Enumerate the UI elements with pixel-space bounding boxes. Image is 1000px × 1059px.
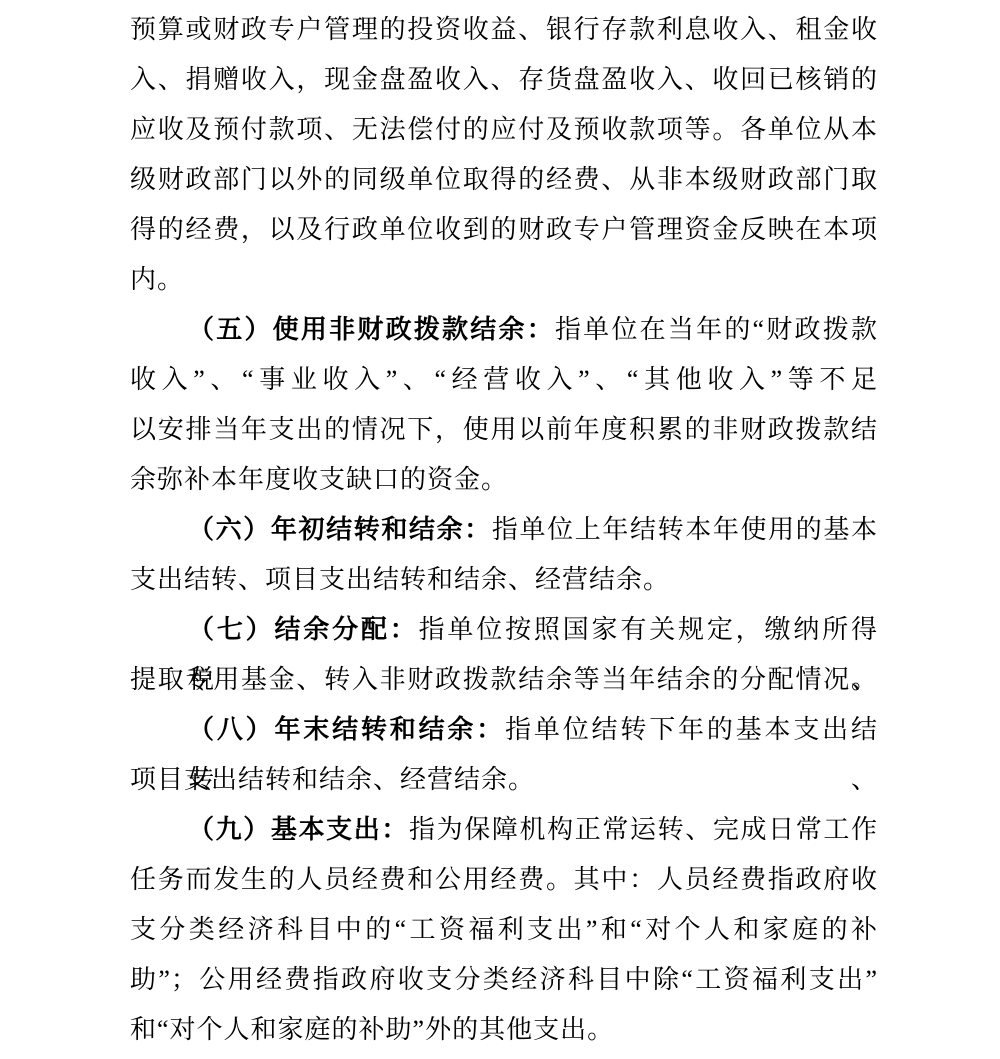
body-text: 应收及预付款项、无法偿付的应付及预收款项等。各单位从本 bbox=[130, 115, 878, 144]
text-line: 入、捐赠收入，现金盘盈收入、存货盘盈收入、收回已核销的 bbox=[130, 55, 878, 105]
text-line: 支分类经济科目中的“工资福利支出”和“对个人和家庭的补 bbox=[130, 905, 878, 955]
paragraph-first-line: （九）基本支出：指为保障机构正常运转、完成日常工作 bbox=[130, 805, 878, 855]
body-text: 以安排当年支出的情况下，使用以前年度积累的非财政拨款结 bbox=[130, 415, 878, 444]
section-heading: （五）使用非财政拨款结余： bbox=[188, 315, 555, 344]
body-text: 得的经费，以及行政单位收到的财政专户管理资金反映在本项 bbox=[130, 215, 878, 244]
body-text: 入、捐赠收入，现金盘盈收入、存货盘盈收入、收回已核销的 bbox=[130, 65, 878, 94]
body-text: 任务而发生的人员经费和公用经费。其中：人员经费指政府收 bbox=[130, 865, 878, 894]
body-text: 指单位在当年的“财政拨款 bbox=[555, 315, 878, 344]
body-text: 助”；公用经费指政府收支分类经济科目中除“工资福利支出” bbox=[130, 965, 878, 994]
body-text: 指为保障机构正常运转、完成日常工作 bbox=[409, 815, 878, 844]
body-text: 余弥补本年度收支缺口的资金。 bbox=[130, 465, 508, 494]
section-heading: （八）年末结转和结余： bbox=[188, 715, 505, 744]
page-background: { "page": { "background_color": "#ffffff… bbox=[0, 0, 1000, 1059]
text-line: 预算或财政专户管理的投资收益、银行存款利息收入、租金收 bbox=[130, 5, 878, 55]
text-line: 支出结转、项目支出结转和结余、经营结余。 bbox=[130, 555, 878, 605]
section-heading: （七）结余分配： bbox=[188, 615, 419, 644]
body-text: 和“对个人和家庭的补助”外的其他支出。 bbox=[130, 1015, 614, 1044]
body-text: 支分类经济科目中的“工资福利支出”和“对个人和家庭的补 bbox=[130, 915, 878, 944]
paragraph-first-line: （五）使用非财政拨款结余：指单位在当年的“财政拨款 bbox=[130, 305, 878, 355]
text-line: 级财政部门以外的同级单位取得的经费、从非本级财政部门取 bbox=[130, 155, 878, 205]
body-text: 支出结转、项目支出结转和结余、经营结余。 bbox=[130, 565, 670, 594]
text-line: 和“对个人和家庭的补助”外的其他支出。 bbox=[130, 1005, 878, 1055]
text-line: 应收及预付款项、无法偿付的应付及预收款项等。各单位从本 bbox=[130, 105, 878, 155]
body-text: 项目支出结转和结余、经营结余。 bbox=[130, 765, 535, 794]
section-heading: （六）年初结转和结余： bbox=[188, 515, 492, 544]
section-heading: （九）基本支出： bbox=[188, 815, 409, 844]
text-line: 内。 bbox=[130, 255, 878, 305]
body-text: 级财政部门以外的同级单位取得的经费、从非本级财政部门取 bbox=[130, 165, 878, 194]
text-line: 收入”、“事业收入”、“经营收入”、“其他收入”等不足 bbox=[130, 355, 878, 405]
paragraph-first-line: （八）年末结转和结余：指单位结转下年的基本支出结转、 bbox=[130, 705, 878, 755]
body-text: 收入”、“事业收入”、“经营收入”、“其他收入”等不足 bbox=[130, 365, 878, 394]
text-line: 以安排当年支出的情况下，使用以前年度积累的非财政拨款结 bbox=[130, 405, 878, 455]
text-line: 提取专用基金、转入非财政拨款结余等当年结余的分配情况。 bbox=[130, 655, 878, 705]
text-line: 助”；公用经费指政府收支分类经济科目中除“工资福利支出” bbox=[130, 955, 878, 1005]
body-text: 预算或财政专户管理的投资收益、银行存款利息收入、租金收 bbox=[130, 15, 878, 44]
document-page: 预算或财政专户管理的投资收益、银行存款利息收入、租金收入、捐赠收入，现金盘盈收入… bbox=[130, 5, 878, 1055]
body-text: 提取专用基金、转入非财政拨款结余等当年结余的分配情况。 bbox=[130, 665, 878, 694]
body-text: 指单位上年结转本年使用的基本 bbox=[492, 515, 878, 544]
text-line: 得的经费，以及行政单位收到的财政专户管理资金反映在本项 bbox=[130, 205, 878, 255]
body-text: 内。 bbox=[130, 265, 184, 294]
text-line: 任务而发生的人员经费和公用经费。其中：人员经费指政府收 bbox=[130, 855, 878, 905]
text-line: 余弥补本年度收支缺口的资金。 bbox=[130, 455, 878, 505]
paragraph-first-line: （七）结余分配：指单位按照国家有关规定，缴纳所得税、 bbox=[130, 605, 878, 655]
paragraph-first-line: （六）年初结转和结余：指单位上年结转本年使用的基本 bbox=[130, 505, 878, 555]
